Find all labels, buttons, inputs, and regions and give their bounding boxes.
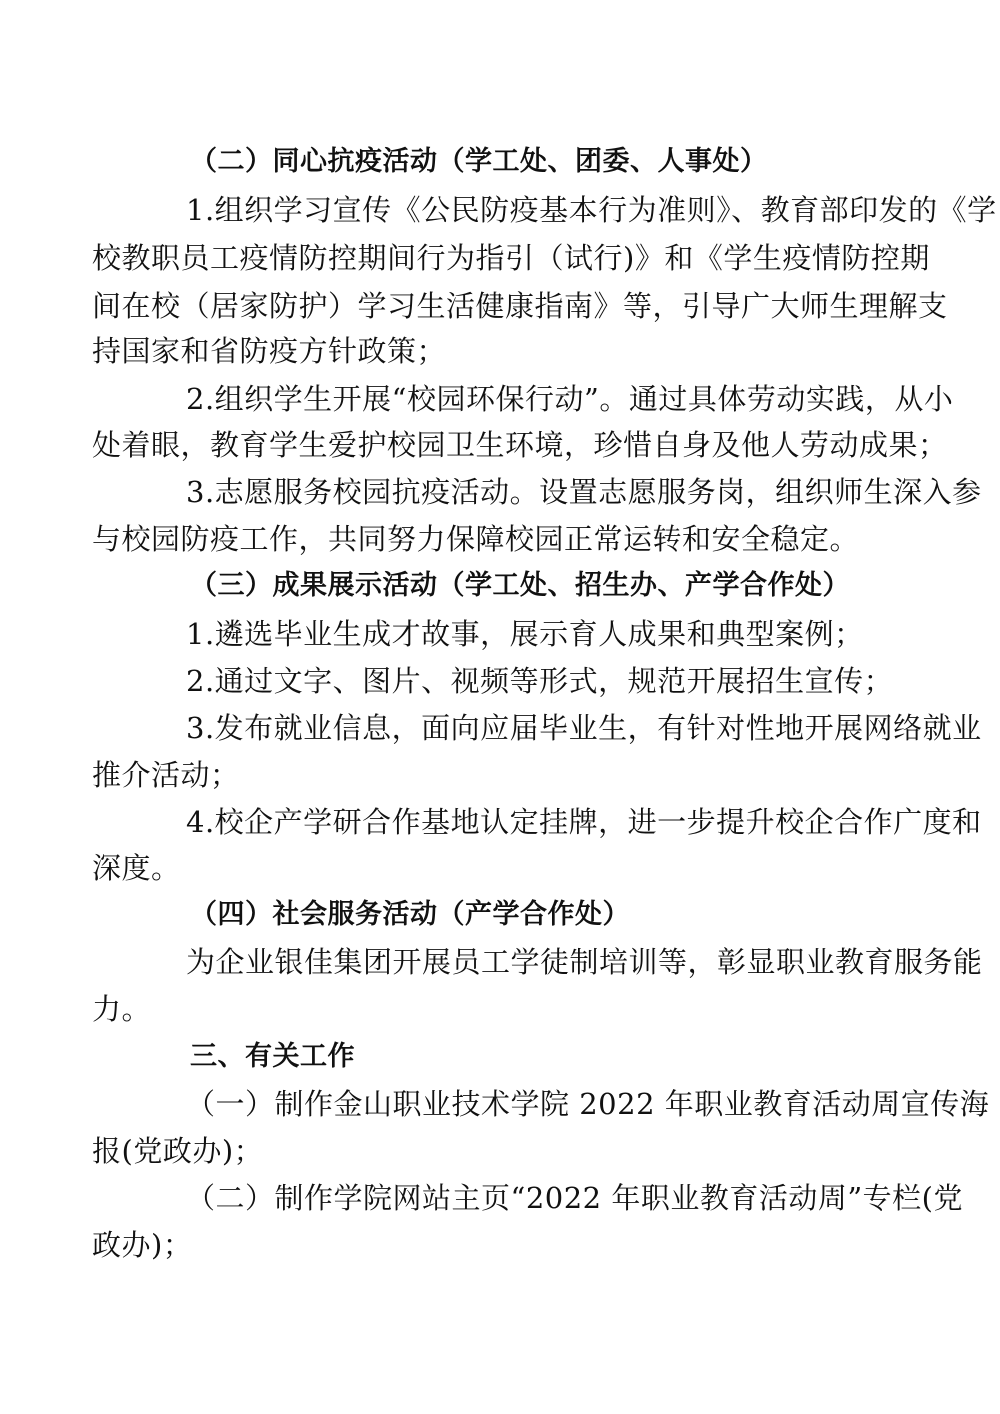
paragraph-line: （二）制作学院网站主页“2022 年职业教育活动周”专栏(党 [186,1181,904,1215]
paragraph-line: 与校园防疫工作，共同努力保障校园正常运转和安全稳定。 [92,522,859,556]
paragraph-line: 报(党政办)； [92,1134,263,1168]
paragraph-line: 1.遴选毕业生成才故事，展示育人成果和典型案例； [186,617,864,651]
paragraph-line: 为企业银佳集团开展员工学徒制培训等，彰显职业教育服务能 [186,945,904,979]
paragraph-line: 3.志愿服务校园抗疫活动。设置志愿服务岗，组织师生深入参 [186,475,904,509]
paragraph-line: 推介活动； [92,758,240,792]
paragraph-line: 政办)； [92,1228,192,1262]
document-page: （二）同心抗疫活动（学工处、团委、人事处） 1.组织学习宣传《公民防疫基本行为准… [0,0,1000,1414]
paragraph-line: 4.校企产学研合作基地认定挂牌，进一步提升校企合作广度和 [186,805,904,839]
section-heading-2: （二）同心抗疫活动（学工处、团委、人事处） [190,145,768,179]
paragraph-line: 力。 [92,992,151,1026]
paragraph-line: 间在校（居家防护）学习生活健康指南》等，引导广大师生理解支 [92,289,904,323]
paragraph-line: 深度。 [92,851,181,885]
paragraph-line: 处着眼，教育学生爱护校园卫生环境，珍惜自身及他人劳动成果； [92,428,904,462]
paragraph-line: 3.发布就业信息，面向应届毕业生，有针对性地开展网络就业 [186,711,904,745]
paragraph-line: 校教职员工疫情防控期间行为指引（试行)》和《学生疫情防控期 [92,241,904,275]
paragraph-line: 2.通过文字、图片、视频等形式，规范开展招生宣传； [186,664,893,698]
paragraph-line: 1.组织学习宣传《公民防疫基本行为准则》、教育部印发的《学 [186,193,904,227]
paragraph-line: 持国家和省防疫方针政策； [92,334,446,368]
section-heading-4: （四）社会服务活动（产学合作处） [190,898,630,932]
section-heading-3: （三）成果展示活动（学工处、招生办、产学合作处） [190,569,850,603]
paragraph-line: 2.组织学生开展“校园环保行动”。通过具体劳动实践，从小 [186,382,904,416]
paragraph-line: （一）制作金山职业技术学院 2022 年职业教育活动周宣传海 [186,1087,904,1121]
part-heading-3: 三、有关工作 [190,1040,355,1074]
